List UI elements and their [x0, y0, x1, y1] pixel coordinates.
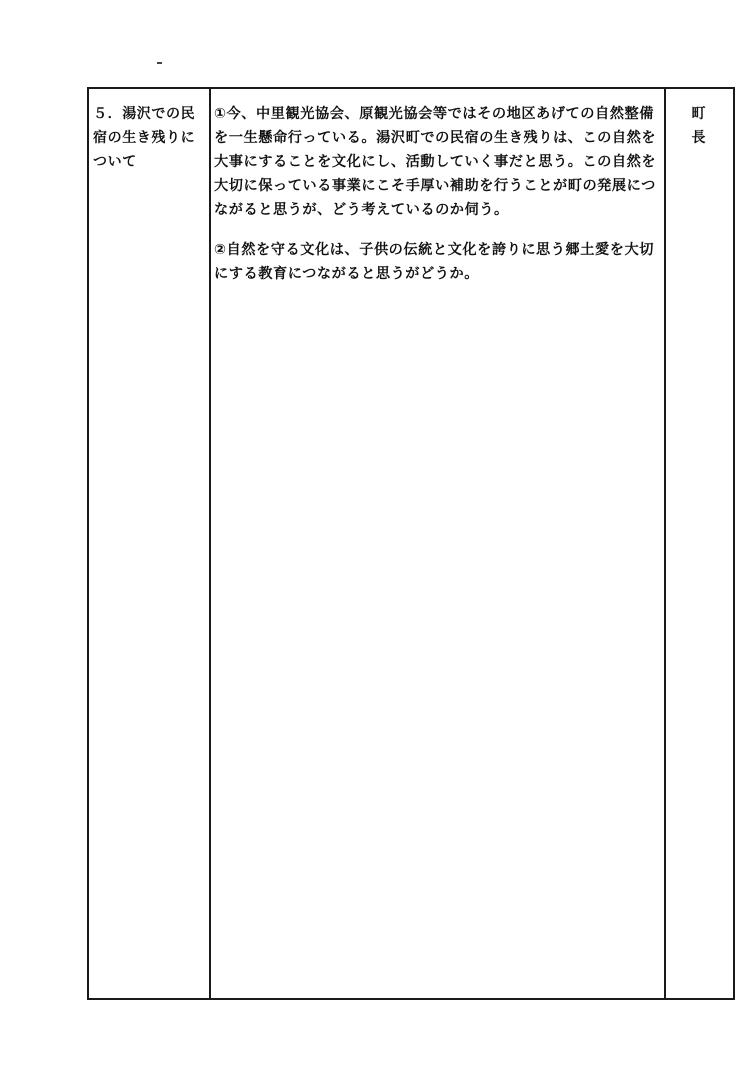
topic-cell: ５．湯沢での民宿の生き残りについて [89, 89, 211, 998]
topic-text: ５．湯沢での民宿の生き残りについて [93, 102, 207, 174]
question-table: ５．湯沢での民宿の生き残りについて ①今、中里観光協会、原観光協会等ではその地区… [87, 87, 735, 1000]
respondent-cell: 町長 [666, 89, 733, 998]
question-1: ①今、中里観光協会、原観光協会等ではその地区あげての自然整備を一生懸命行っている… [214, 102, 660, 222]
respondent-text: 町長 [666, 102, 733, 150]
scan-speck [157, 62, 162, 64]
question-cell: ①今、中里観光協会、原観光協会等ではその地区あげての自然整備を一生懸命行っている… [211, 89, 666, 998]
question-2: ②自然を守る文化は、子供の伝統と文化を誇りに思う郷土愛を大切にする教育につながる… [214, 238, 660, 286]
